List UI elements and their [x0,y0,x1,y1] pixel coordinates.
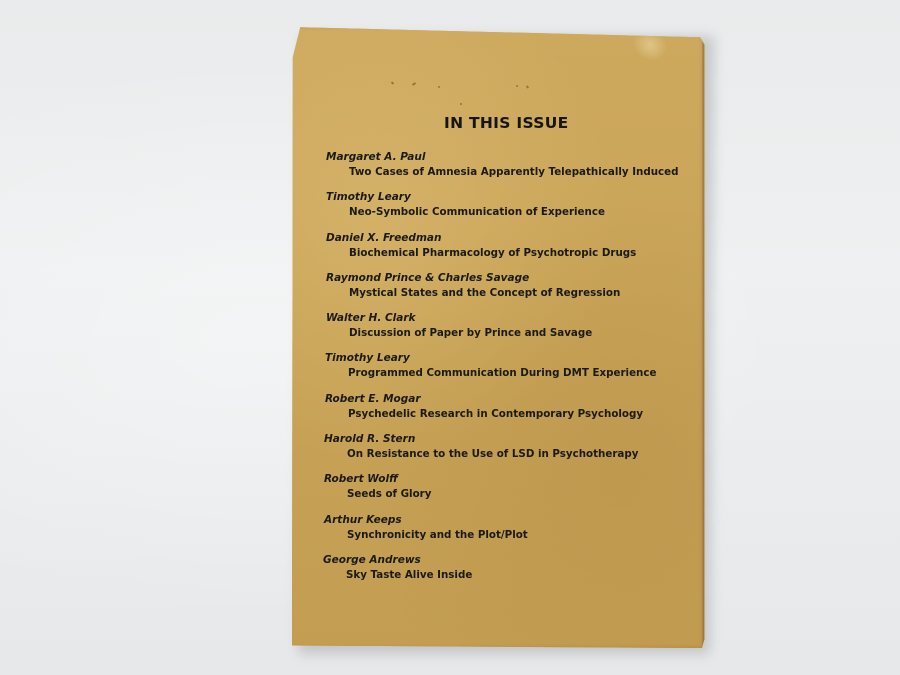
entry-title: Sky Taste Alive Inside [323,567,696,583]
contents-entry: Raymond Prince & Charles Savage Mystical… [326,271,696,311]
entry-author: Arthur Keeps [324,513,696,527]
entry-title: Mystical States and the Concept of Regre… [326,285,696,301]
entry-title: Discussion of Paper by Prince and Savage [326,325,696,341]
contents-entry: Robert E. Mogar Psychedelic Research in … [325,392,696,432]
entry-title: Biochemical Pharmacology of Psychotropic… [326,245,696,261]
entry-title: Programmed Communication During DMT Expe… [325,365,696,381]
entry-author: Robert Wolff [324,472,696,486]
entry-title: Neo-Symbolic Communication of Experience [326,204,696,220]
entry-author: Raymond Prince & Charles Savage [326,271,696,285]
contents-entry: Timothy Leary Neo-Symbolic Communication… [326,190,696,230]
issue-heading: IN THIS ISSUE [444,114,568,132]
contents-entry: Timothy Leary Programmed Communication D… [325,351,696,391]
cover-speck [526,85,529,89]
entry-author: Robert E. Mogar [325,392,696,406]
contents-entry: Harold R. Stern On Resistance to the Use… [324,432,696,472]
cover-speck [391,81,395,84]
entry-title: Seeds of Glory [324,486,696,502]
entry-title: Two Cases of Amnesia Apparently Telepath… [326,164,696,180]
cover-speck [516,85,518,87]
contents-entry: George Andrews Sky Taste Alive Inside [323,553,696,593]
entry-title: On Resistance to the Use of LSD in Psych… [324,446,696,462]
entry-author: Harold R. Stern [324,432,696,446]
entry-author: George Andrews [323,553,696,567]
cover-speck [460,103,462,105]
contents-entry: Daniel X. Freedman Biochemical Pharmacol… [326,231,696,271]
entry-author: Margaret A. Paul [326,150,696,164]
entry-title: Psychedelic Research in Contemporary Psy… [325,406,696,422]
contents-entry: Margaret A. Paul Two Cases of Amnesia Ap… [326,150,696,190]
booklet-back-cover: IN THIS ISSUE Margaret A. Paul Two Cases… [292,26,706,648]
entry-author: Timothy Leary [325,351,696,365]
cover-speck [412,82,416,86]
contents-entry: Arthur Keeps Synchronicity and the Plot/… [324,513,696,553]
entry-author: Daniel X. Freedman [326,231,696,245]
contents-entry: Robert Wolff Seeds of Glory [324,472,696,512]
contents-entry: Walter H. Clark Discussion of Paper by P… [326,311,696,351]
entry-author: Timothy Leary [326,190,696,204]
cover-speck [438,86,440,88]
entry-title: Synchronicity and the Plot/Plot [324,527,696,543]
contents-list: Margaret A. Paul Two Cases of Amnesia Ap… [326,150,696,593]
entry-author: Walter H. Clark [326,311,696,325]
